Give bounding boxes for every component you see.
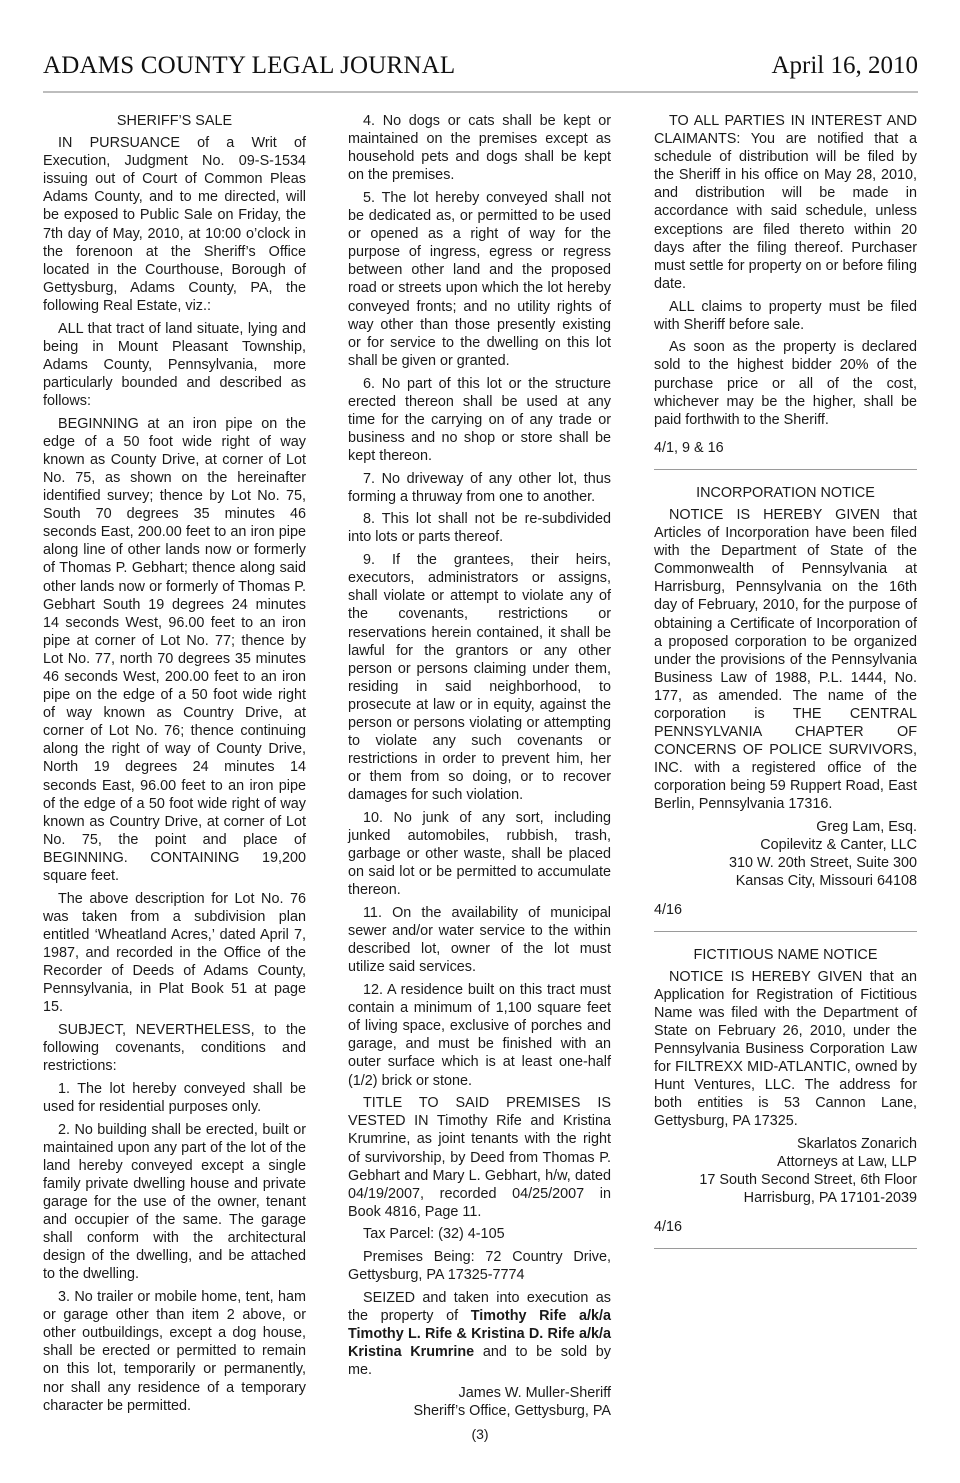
signature-line: Copilevitz & Canter, LLC [654, 836, 917, 854]
signature-line: Sheriff’s Office, Gettysburg, PA [348, 1402, 611, 1420]
incorporation-body: NOTICE IS HEREBY GIVEN that Articles of … [654, 506, 917, 814]
subject-paragraph: SUBJECT, NEVERTHELESS, to the following … [43, 1021, 306, 1075]
signature-line: Attorneys at Law, LLP [654, 1153, 917, 1171]
signature-line: James W. Muller-Sheriff [348, 1384, 611, 1402]
tax-parcel: Tax Parcel: (32) 4-105 [348, 1225, 611, 1243]
covenant-item: 12. A residence built on this tract must… [348, 981, 611, 1090]
fictitious-name-body: NOTICE IS HEREBY GIVEN that an Applicati… [654, 968, 917, 1131]
column-2: 4. No dogs or cats shall be kept or main… [348, 112, 611, 1426]
covenant-item: 4. No dogs or cats shall be kept or main… [348, 112, 611, 184]
header-divider [43, 91, 918, 93]
signature-line: Skarlatos Zonarich [654, 1135, 917, 1153]
seized-paragraph: SEIZED and taken into execution as the p… [348, 1289, 611, 1379]
covenant-item: 7. No driveway of any other lot, thus fo… [348, 470, 611, 506]
signature-line: Greg Lam, Esq. [654, 818, 917, 836]
incorporation-signature: Greg Lam, Esq. Copilevitz & Canter, LLC … [654, 818, 917, 890]
tract-paragraph: ALL that tract of land situate, lying an… [43, 320, 306, 410]
signature-line: 310 W. 20th Street, Suite 300 [654, 854, 917, 872]
payment-notice: As soon as the property is declared sold… [654, 338, 917, 428]
covenant-item: 5. The lot hereby conveyed shall not be … [348, 189, 611, 370]
fictitious-name-heading: FICTITIOUS NAME NOTICE [654, 946, 917, 964]
run-dates: 4/16 [654, 1218, 917, 1236]
plat-paragraph: The above description for Lot No. 76 was… [43, 890, 306, 1017]
column-3: TO ALL PARTIES IN INTEREST AND CLAIMANTS… [654, 112, 917, 1263]
run-dates: 4/1, 9 & 16 [654, 439, 917, 457]
covenant-item: 10. No junk of any sort, including junke… [348, 809, 611, 899]
covenant-item: 11. On the availability of municipal sew… [348, 904, 611, 976]
section-divider [654, 469, 917, 470]
claims-notice: ALL claims to property must be filed wit… [654, 298, 917, 334]
parties-notice: TO ALL PARTIES IN INTEREST AND CLAIMANTS… [654, 112, 917, 293]
fictitious-name-signature: Skarlatos Zonarich Attorneys at Law, LLP… [654, 1135, 917, 1207]
signature-line: 17 South Second Street, 6th Floor [654, 1171, 917, 1189]
signature-line: Kansas City, Missouri 64108 [654, 872, 917, 890]
run-dates: 4/16 [654, 901, 917, 919]
column-1: SHERIFF’S SALE IN PURSUANCE of a Writ of… [43, 112, 306, 1419]
writ-paragraph: IN PURSUANCE of a Writ of Execution, Jud… [43, 134, 306, 315]
page-number: (3) [0, 1426, 960, 1442]
publication-title: ADAMS COUNTY LEGAL JOURNAL [43, 52, 455, 80]
covenant-item: 9. If the grantees, their heirs, executo… [348, 551, 611, 804]
issue-date: April 16, 2010 [771, 52, 918, 80]
covenant-item: 1. The lot hereby conveyed shall be used… [43, 1080, 306, 1116]
covenant-item: 6. No part of this lot or the structure … [348, 375, 611, 465]
section-divider [654, 931, 917, 932]
covenant-item: 2. No building shall be erected, built o… [43, 1121, 306, 1284]
metes-bounds-paragraph: BEGINNING at an iron pipe on the edge of… [43, 415, 306, 885]
covenant-item: 8. This lot shall not be re-subdivided i… [348, 510, 611, 546]
section-divider [654, 1248, 917, 1249]
incorporation-heading: INCORPORATION NOTICE [654, 484, 917, 502]
signature-line: Harrisburg, PA 17101-2039 [654, 1189, 917, 1207]
masthead: ADAMS COUNTY LEGAL JOURNAL April 16, 201… [43, 52, 918, 82]
sheriff-sale-heading: SHERIFF’S SALE [43, 112, 306, 130]
sheriff-signature: James W. Muller-Sheriff Sheriff’s Office… [348, 1384, 611, 1420]
premises-address: Premises Being: 72 Country Drive, Gettys… [348, 1248, 611, 1284]
covenant-item: 3. No trailer or mobile home, tent, ham … [43, 1288, 306, 1415]
title-vested-paragraph: TITLE TO SAID PREMISES IS VESTED IN Timo… [348, 1094, 611, 1221]
